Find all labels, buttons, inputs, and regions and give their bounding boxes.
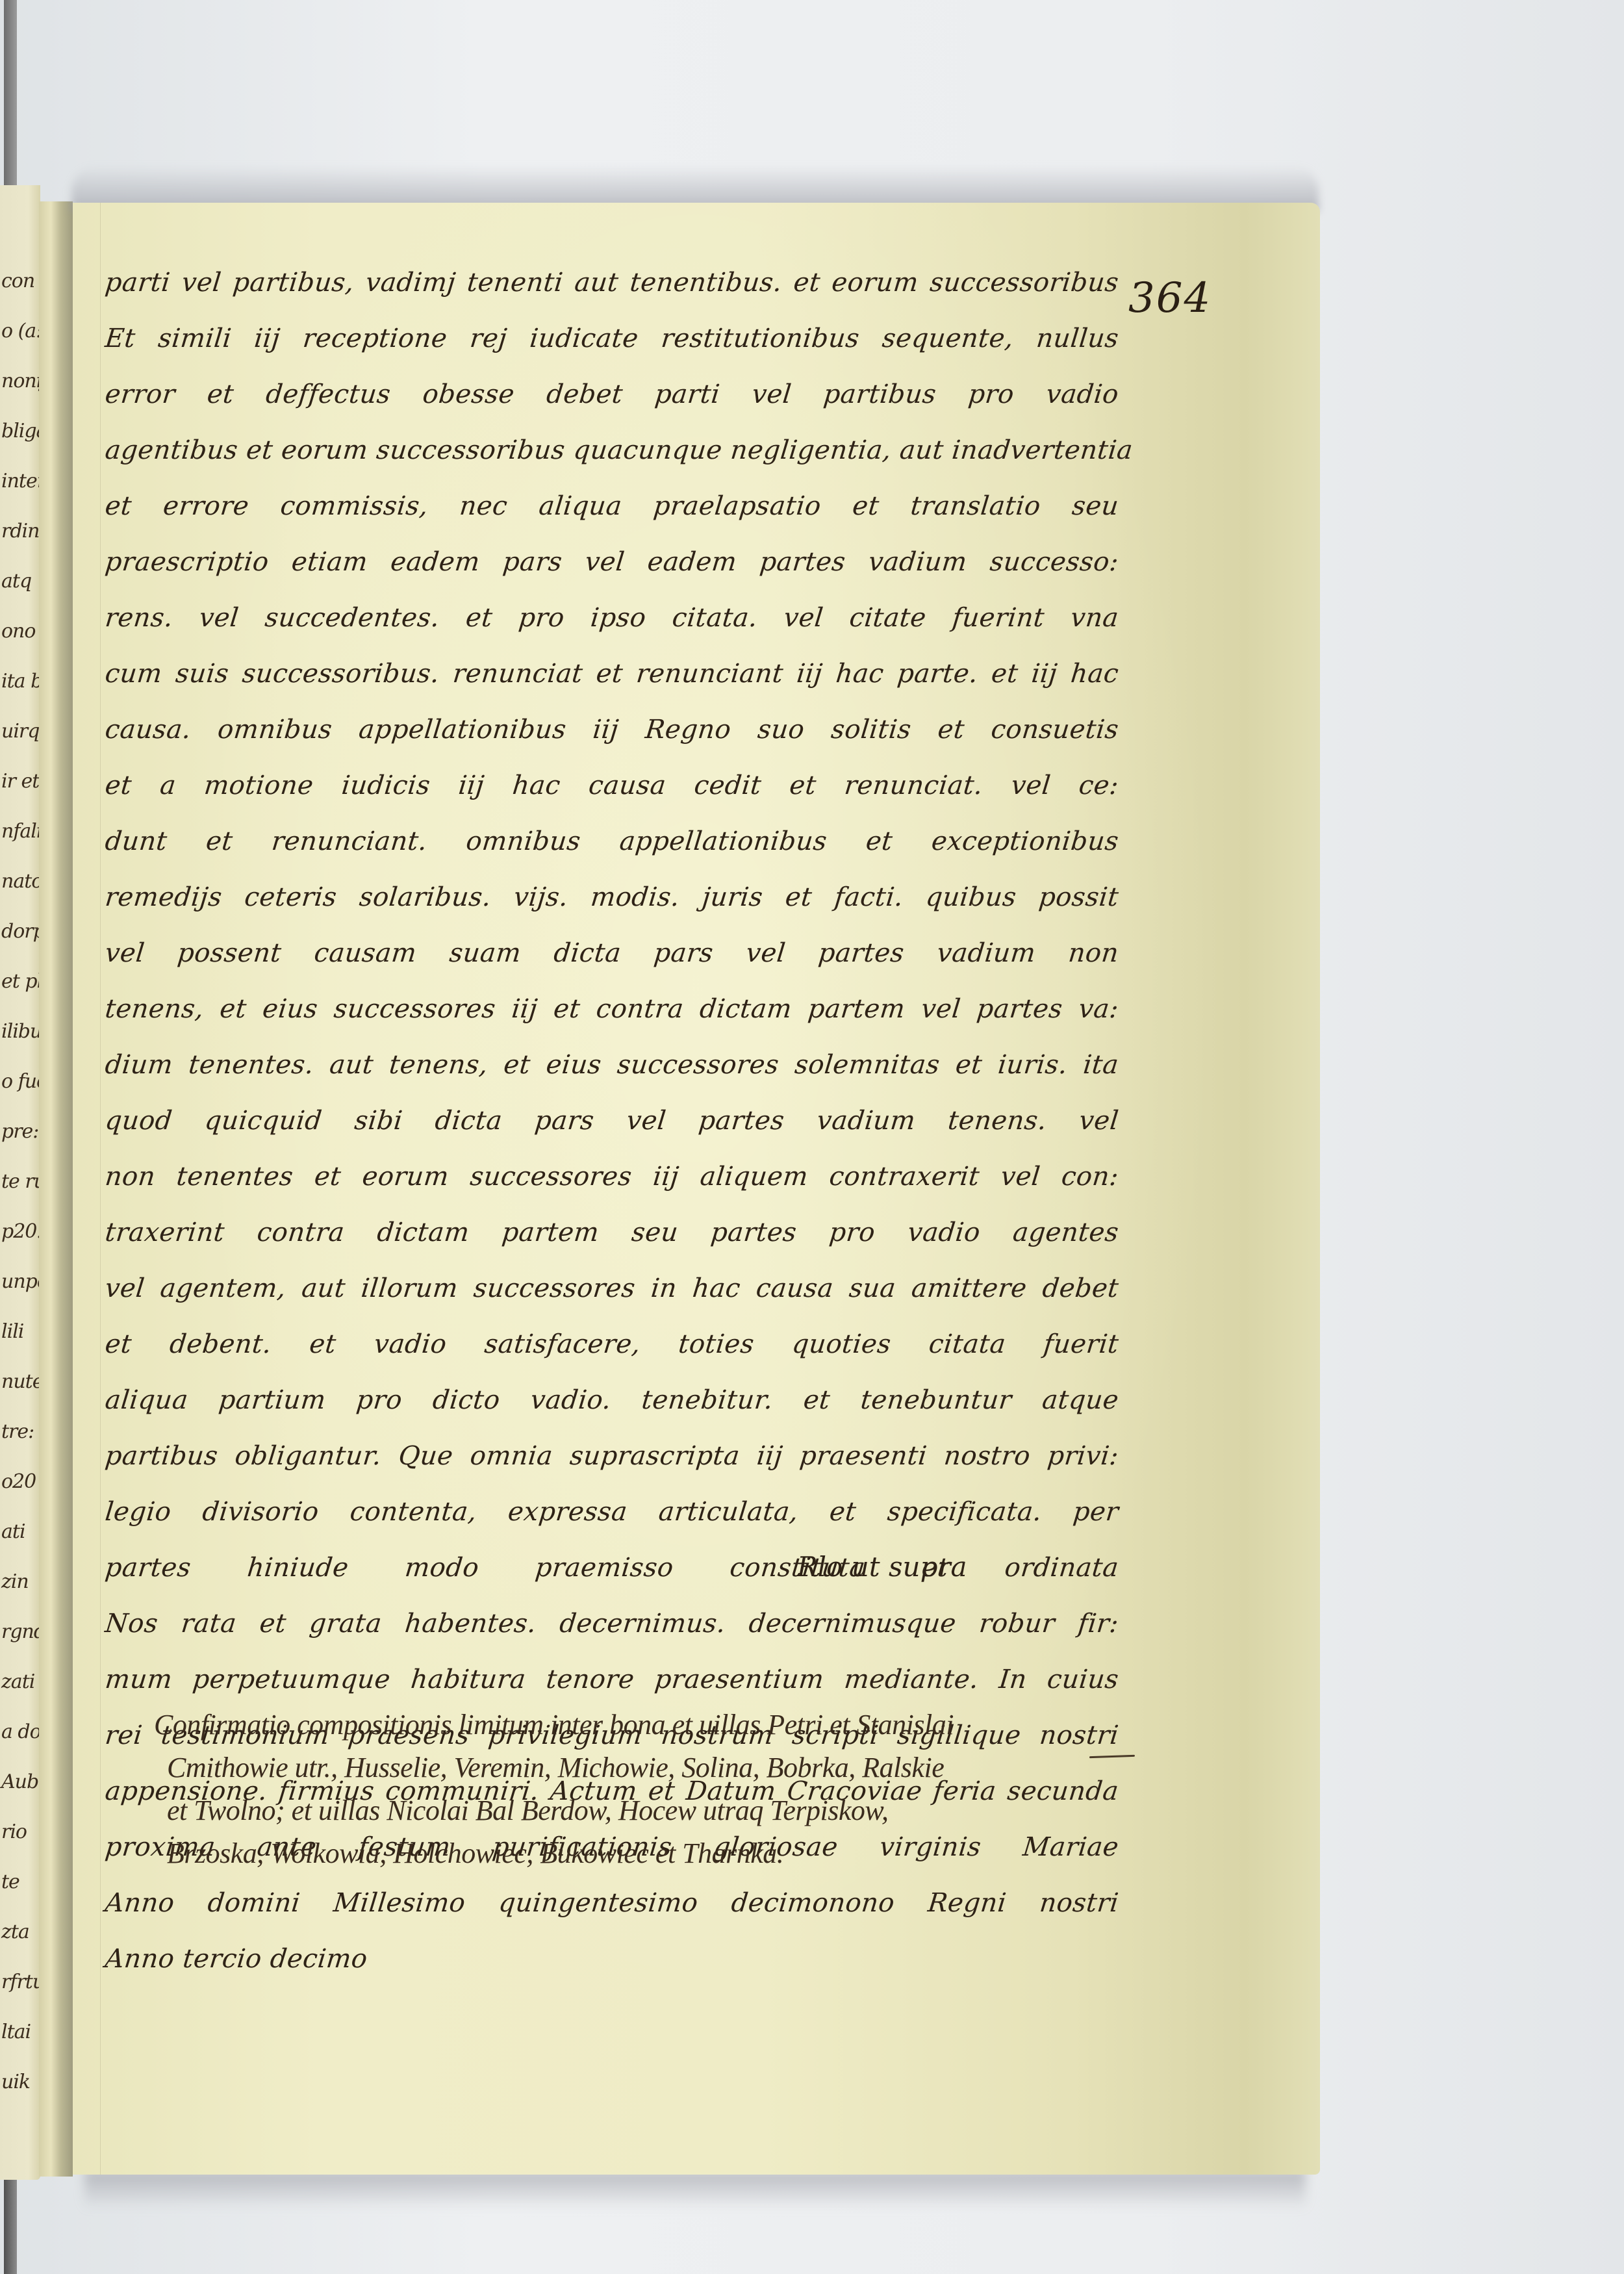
text-line: causa. omnibus appellationibus iij Regno… (102, 702, 1121, 758)
text-line: legio divisorio contenta, expressa artic… (102, 1484, 1121, 1540)
previous-page-text-fragment: con (1, 270, 34, 292)
text-line: dunt et renunciant. omnibus appellationi… (102, 813, 1121, 869)
previous-page-text-fragment: ir et (1, 770, 39, 793)
previous-page-text-fragment: nuter (1, 1370, 40, 1393)
marginal-note-line: et Twolno; et uillas Nicolai Bal Berdow,… (154, 1789, 1128, 1832)
text-line: partibus obligantur. Que omnia suprascri… (102, 1428, 1121, 1484)
marginal-note-line: Brzoska, Wolkowia, Holchowiec, Bukowiec … (154, 1832, 1128, 1875)
text-line: tenens, et eius successores iij et contr… (102, 981, 1121, 1037)
page-shadow-bottom (84, 2170, 1306, 2209)
text-line: remedijs ceteris solaribus. vijs. modis.… (102, 869, 1121, 925)
previous-page-text-fragment: rgnd (1, 1620, 40, 1643)
previous-page-text-fragment: uik (1, 2071, 30, 2093)
book-gutter (39, 201, 73, 2177)
text-line: et errore commissis, nec aliqua praelaps… (102, 478, 1121, 534)
previous-page-text-fragment: o20 (1, 1470, 36, 1493)
previous-page-text-fragment: nato (1, 870, 40, 893)
binding-edge-bottom (4, 2167, 17, 2274)
signature-line: Rlo ut supra (797, 1551, 967, 1583)
text-line: Nos rata et grata habentes. decernimus. … (102, 1596, 1121, 1652)
text-line: et a motione iudicis iij hac causa cedit… (102, 758, 1121, 813)
previous-page-text-fragment: rio (1, 1820, 27, 1843)
previous-page-text-fragment: ltai (1, 2021, 31, 2043)
previous-page-text-fragment: ati (1, 1520, 25, 1543)
previous-page-text-fragment: bliga: (1, 420, 40, 442)
previous-page-text-fragment: inter (1, 470, 40, 492)
text-line: et debent. et vadio satisfacere, toties … (102, 1316, 1121, 1372)
text-line: agentibus et eorum successoribus quacunq… (102, 422, 1121, 478)
previous-page-text-fragment: ita b (1, 670, 40, 693)
text-line: praescriptio etiam eadem pars vel eadem … (102, 534, 1121, 590)
previous-page-text-fragment: zta (1, 1921, 29, 1943)
text-line: vel agentem, aut illorum successores in … (102, 1260, 1121, 1316)
marginal-note-line: Cmithowie utr., Husselie, Veremin, Micho… (154, 1746, 1128, 1789)
previous-page-text-fragment: rfrtub (1, 1971, 40, 1993)
text-line: aliqua partium pro dicto vadio. tenebitu… (102, 1372, 1121, 1428)
previous-page-text-fragment: zati (1, 1670, 34, 1693)
previous-page-text-fragment: tre: (1, 1420, 34, 1443)
previous-page-edge: cono (a:nonijbliga:interrdinataatqono et… (0, 185, 40, 2180)
previous-page-text-fragment: zin (1, 1570, 29, 1593)
previous-page-text-fragment: te ru (1, 1170, 40, 1193)
previous-page-text-fragment: Aub (1, 1770, 38, 1793)
previous-page-text-fragment: dorpu: (1, 920, 40, 943)
marginal-note: Confirmatio compositionis limitum inter … (154, 1704, 1128, 1875)
previous-page-text-fragment: a do (1, 1720, 40, 1743)
text-line: mum perpetuumque habitura tenore praesen… (102, 1652, 1121, 1707)
previous-page-text-fragment: p20: (1, 1220, 40, 1243)
previous-page-text-fragment: et pher (1, 970, 40, 993)
text-line: traxerint contra dictam partem seu parte… (102, 1205, 1121, 1260)
text-line: rens. vel succedentes. et pro ipso citat… (102, 590, 1121, 646)
text-line: partes hiniude modo praemisso constituta… (102, 1540, 1121, 1596)
folio-number: 364 (1128, 274, 1212, 322)
previous-page-text-fragment: nonij (1, 370, 40, 392)
text-line: Anno tercio decimo (102, 1931, 1121, 1987)
text-line: non tenentes et eorum successores iij al… (102, 1149, 1121, 1205)
marginal-note-line: Confirmatio compositionis limitum inter … (154, 1704, 1128, 1746)
text-line: parti vel partibus, vadimj tenenti aut t… (102, 255, 1121, 311)
text-line: vel possent causam suam dicta pars vel p… (102, 925, 1121, 981)
previous-page-text-fragment: ono et: (1, 620, 40, 643)
previous-page-text-fragment: o (a: (1, 320, 40, 342)
previous-page-text-fragment: nfalio (1, 820, 40, 843)
previous-page-text-fragment: unper (1, 1270, 40, 1293)
binding-edge-top (4, 0, 17, 188)
previous-page-text-fragment: rdinata (1, 520, 40, 543)
previous-page-text-fragment: pre: (1, 1120, 38, 1143)
manuscript-page: 364 parti vel partibus, vadimj tenenti a… (73, 203, 1320, 2175)
previous-page-text-fragment: uirquid (1, 720, 40, 743)
previous-page-text-fragment: lili (1, 1320, 23, 1343)
text-line: quod quicquid sibi dicta pars vel partes… (102, 1093, 1121, 1149)
text-line: dium tenentes. aut tenens, et eius succe… (102, 1037, 1121, 1093)
margin-ruling (100, 203, 101, 2175)
previous-page-text-fragment: atq (1, 570, 31, 593)
text-line: Et simili iij receptione rej iudicate re… (102, 311, 1121, 366)
text-line: error et deffectus obesse debet parti ve… (102, 366, 1121, 422)
previous-page-text-fragment: ilibub (1, 1020, 40, 1043)
previous-page-text-fragment: te (1, 1871, 19, 1893)
text-line: Anno domini Millesimo quingentesimo deci… (102, 1875, 1121, 1931)
previous-page-text-fragment: o fuo (1, 1070, 40, 1093)
text-line: cum suis successoribus. renunciat et ren… (102, 646, 1121, 702)
